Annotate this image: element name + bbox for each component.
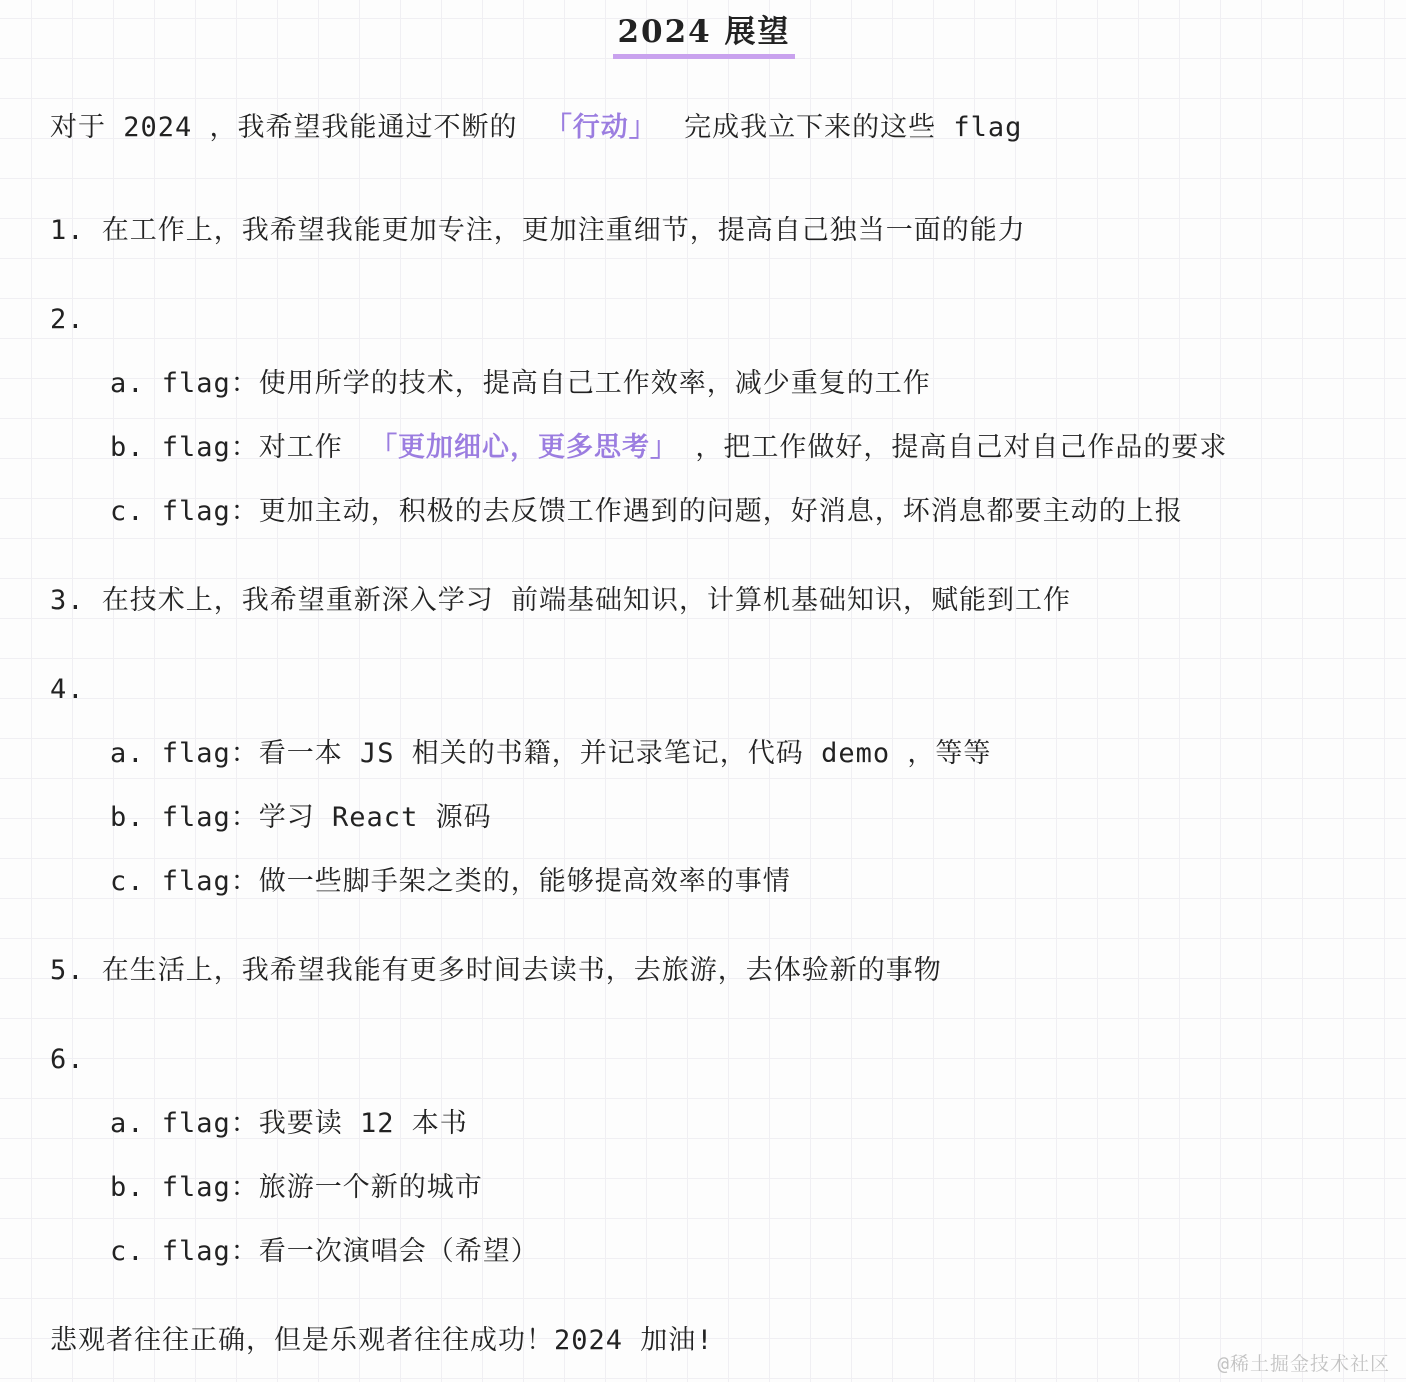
flag-item-6c: c. flag：看一次演唱会（希望）	[50, 1235, 1358, 1269]
flag-item-4c: c. flag：做一些脚手架之类的，能够提高效率的事情	[50, 865, 1358, 899]
list-item-4: 4.	[50, 673, 1358, 707]
list-item-2: 2.	[50, 303, 1358, 337]
flag-item-2b-accent: 「更加细心，更多思考」	[370, 432, 678, 463]
intro-text-after: 完成我立下来的这些 flag	[684, 112, 1022, 143]
list-item-3: 3. 在技术上，我希望重新深入学习 前端基础知识，计算机基础知识，赋能到工作	[50, 584, 1358, 618]
page-title-text: 2024 展望	[613, 12, 794, 59]
flag-item-6b: b. flag：旅游一个新的城市	[50, 1171, 1358, 1205]
flag-item-4b: b. flag：学习 React 源码	[50, 801, 1358, 835]
flag-item-2b-after: ，把工作做好，提高自己对自己作品的要求	[695, 432, 1227, 463]
flag-item-2c: c. flag：更加主动，积极的去反馈工作遇到的问题，好消息，坏消息都要主动的上…	[50, 495, 1358, 529]
closing-paragraph: 悲观者往往正确，但是乐观者往往成功！2024 加油!	[50, 1324, 1358, 1358]
intro-paragraph: 对于 2024 ，我希望我能通过不断的 「行动」 完成我立下来的这些 flag	[50, 111, 1358, 145]
flag-item-6a: a. flag：我要读 12 本书	[50, 1107, 1358, 1141]
watermark: @稀土掘金技术社区	[1218, 1349, 1390, 1376]
list-item-5: 5. 在生活上，我希望我能有更多时间去读书，去旅游，去体验新的事物	[50, 954, 1358, 988]
flag-item-2b-before: b. flag：对工作	[110, 432, 343, 463]
flag-item-2a: a. flag：使用所学的技术，提高自己工作效率，减少重复的工作	[50, 367, 1358, 401]
flag-item-2b: b. flag：对工作 「更加细心，更多思考」 ，把工作做好，提高自己对自己作品…	[50, 431, 1358, 465]
page-title: 2024 展望	[50, 12, 1358, 59]
document-page: 2024 展望 对于 2024 ，我希望我能通过不断的 「行动」 完成我立下来的…	[0, 0, 1406, 1382]
list-item-6: 6.	[50, 1043, 1358, 1077]
flag-item-4a: a. flag：看一本 JS 相关的书籍，并记录笔记，代码 demo ，等等	[50, 737, 1358, 771]
intro-text-before: 对于 2024 ，我希望我能通过不断的	[50, 112, 518, 143]
list-item-1: 1. 在工作上，我希望我能更加专注，更加注重细节，提高自己独当一面的能力	[50, 214, 1358, 248]
intro-accent-action: 「行动」	[545, 112, 657, 143]
